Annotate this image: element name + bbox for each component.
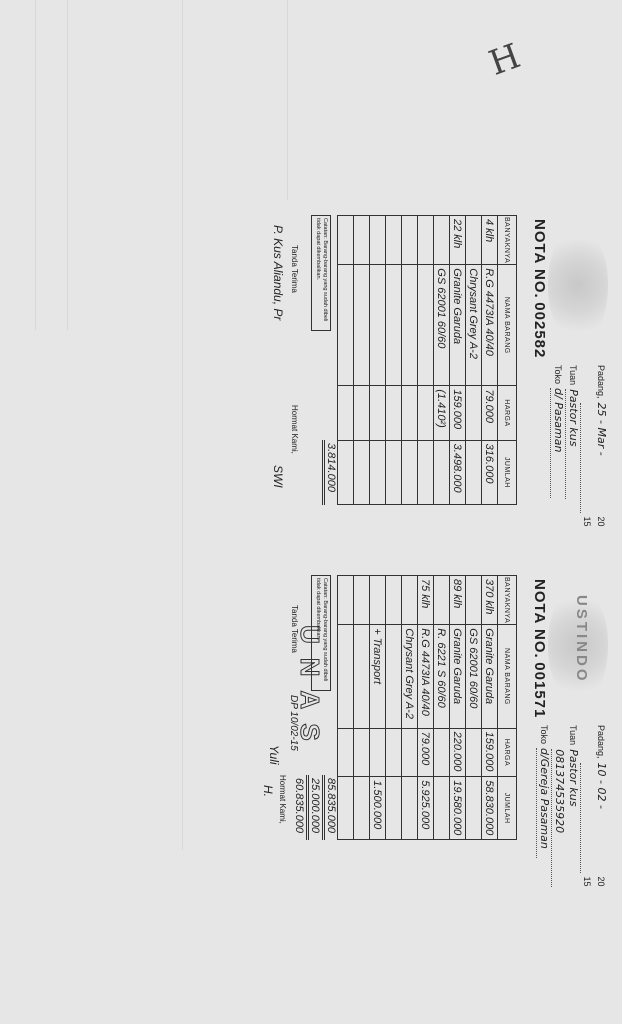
receipt-footer: 3.814.000 Catatan: Barang-barang yang su… <box>267 215 337 505</box>
receiver-label: Tanda Terima <box>290 605 299 653</box>
table-row: Chrysant Grey A-2 <box>402 576 418 840</box>
nota-label: NOTA NO. <box>531 219 548 299</box>
column-header: BANYAKNYA <box>498 216 517 265</box>
item-cell: GS 62001 60/60 <box>434 265 450 386</box>
item-cell: + Transport <box>370 625 386 728</box>
table-row: 370 klhGranite Garuda159.00058.830.000 <box>482 576 498 840</box>
table-row: Chrysant Grey A-2 <box>466 216 482 505</box>
table-row <box>354 576 370 840</box>
column-header: NAMA BARANG <box>498 625 517 728</box>
year-value: 20 15 <box>580 877 608 887</box>
amount-cell: 1.500.000 <box>370 777 386 840</box>
column-header: NAMA BARANG <box>498 265 517 386</box>
qty-cell: 75 klh <box>418 576 434 625</box>
seller-initials: SWI <box>271 465 285 488</box>
price-cell: 159.000 <box>482 728 498 777</box>
qty-cell <box>370 576 386 625</box>
column-header: JUMLAH <box>498 777 517 840</box>
price-cell: 220.000 <box>450 728 466 777</box>
price-cell <box>466 728 482 777</box>
return-policy-note: Catatan: Barang-barang yang sudah dibeli… <box>311 215 331 331</box>
receipt-meta: Padang,10 - 02 -20 15 TuanPastor kus 081… <box>536 725 608 887</box>
price-cell <box>370 728 386 777</box>
amount-cell <box>434 440 450 504</box>
qty-cell <box>434 576 450 625</box>
store-stamp <box>548 225 608 345</box>
sender-label: Hormat Kami, <box>278 775 287 824</box>
item-cell: Chrysant Grey A-2 <box>466 265 482 386</box>
table-row: GS 62001 60/60 <box>466 576 482 840</box>
scan-artifact <box>182 0 183 850</box>
down-payment-amount: 25.000.000 <box>306 775 321 840</box>
qty-cell: 370 klh <box>482 576 498 625</box>
qty-cell: 89 klh <box>450 576 466 625</box>
item-cell: R. 6221 S 60/60 <box>434 625 450 728</box>
receipt-meta: Padang,25 - Mar -20 15 TuanPastor kus To… <box>550 365 608 527</box>
total-amount: 85.835.000 <box>322 775 337 840</box>
date-label: Padang, <box>580 365 608 399</box>
table-row <box>418 216 434 505</box>
receipt-002582: Padang,25 - Mar -20 15 TuanPastor kus To… <box>212 215 612 505</box>
item-cell: Chrysant Grey A-2 <box>402 625 418 728</box>
table-row: 22 klhGranite Garuda159.0003.498.000 <box>450 216 466 505</box>
customer-label: Tuan <box>565 365 580 385</box>
price-cell: 159.000 <box>450 386 466 440</box>
table-row <box>338 216 354 505</box>
customer-value: Pastor kus <box>565 389 580 499</box>
price-cell <box>402 728 418 777</box>
item-cell: Granite Garuda <box>450 625 466 728</box>
nota-value: 001571 <box>531 662 548 718</box>
receipt-footer: UNAS 85.835.000 25.000.000 60.835.000 Ca… <box>267 575 337 840</box>
price-cell: 79.000 <box>418 728 434 777</box>
year-value: 20 15 <box>580 517 608 527</box>
item-cell: GS 62001 60/60 <box>466 625 482 728</box>
items-table: BANYAKNYA NAMA BARANG HARGA JUMLAH 370 k… <box>337 575 517 840</box>
nota-number: NOTA NO. 002582 <box>531 219 548 358</box>
table-row <box>338 576 354 840</box>
amount-cell: 58.830.000 <box>482 777 498 840</box>
item-cell: R.G 4473IA 40/40 <box>418 625 434 728</box>
date-value: 25 - Mar - <box>580 403 608 513</box>
qty-cell <box>466 576 482 625</box>
corner-mark: H <box>484 36 526 84</box>
table-row: 4 klhR.G 4473IA 40/4079.000316.000 <box>482 216 498 505</box>
sender-label: Hormat Kami, <box>290 405 299 454</box>
amount-cell: 3.498.000 <box>450 440 466 504</box>
qty-cell: 22 klh <box>450 216 466 265</box>
amount-cell: 19.580.000 <box>450 777 466 840</box>
seller-initials: H. <box>261 785 275 797</box>
store-value: d/ Pasaman <box>550 388 565 498</box>
receiver-signature: Yuli <box>267 745 281 765</box>
total-amount: 3.814.000 <box>322 440 337 505</box>
store-stamp-text: USTINDO <box>573 595 590 684</box>
price-cell: 79.000 <box>482 386 498 440</box>
scan-artifact <box>67 0 68 330</box>
scan-artifact <box>287 0 288 200</box>
table-row: 75 klhR.G 4473IA 40/4079.0005.925.000 <box>418 576 434 840</box>
item-cell: R.G 4473IA 40/40 <box>482 265 498 386</box>
table-row <box>386 576 402 840</box>
receipt-001571: USTINDO Padang,10 - 02 -20 15 TuanPastor… <box>212 575 612 840</box>
column-header: JUMLAH <box>498 440 517 504</box>
item-cell: Granite Garuda <box>482 625 498 728</box>
amount-cell <box>434 777 450 840</box>
column-header: HARGA <box>498 386 517 440</box>
price-cell <box>466 386 482 440</box>
nota-label: NOTA NO. <box>531 579 548 659</box>
table-row: GS 62001 60/60(1.410²) <box>434 216 450 505</box>
store-label: Toko <box>550 365 565 384</box>
table-row: 89 klhGranite Garuda220.00019.580.000 <box>450 576 466 840</box>
scan-artifact <box>35 0 36 330</box>
table-row <box>354 216 370 505</box>
amount-cell: 316.000 <box>482 440 498 504</box>
nota-value: 002582 <box>531 302 548 358</box>
table-row <box>370 216 386 505</box>
date-label: Padang, <box>580 725 608 759</box>
dp-note: DP 10/02-15 <box>288 695 299 751</box>
table-row <box>386 216 402 505</box>
return-policy-note: Catatan: Barang-barang yang sudah dibeli… <box>311 575 331 691</box>
qty-cell: 4 klh <box>482 216 498 265</box>
amount-cell <box>466 440 482 504</box>
customer-label: Tuan <box>551 725 580 745</box>
price-cell: (1.410²) <box>434 386 450 440</box>
customer-value: Pastor kus 081374535920 <box>551 749 580 886</box>
receipt-header: USTINDO Padang,10 - 02 -20 15 TuanPastor… <box>517 575 612 840</box>
table-row <box>402 216 418 505</box>
item-cell: Granite Garuda <box>450 265 466 386</box>
column-header: BANYAKNYA <box>498 576 517 625</box>
store-value: d/Gereja Pasaman <box>536 748 551 858</box>
date-value: 10 - 02 - <box>580 763 608 873</box>
column-header: HARGA <box>498 728 517 777</box>
amount-cell: 5.925.000 <box>418 777 434 840</box>
qty-cell <box>466 216 482 265</box>
price-cell <box>434 728 450 777</box>
receiver-signature: P. Kus Aliandu, Pr <box>271 225 285 320</box>
table-row: + Transport1.500.000 <box>370 576 386 840</box>
store-label: Toko <box>536 725 551 744</box>
amount-cell <box>402 777 418 840</box>
qty-cell <box>402 576 418 625</box>
items-table: BANYAKNYA NAMA BARANG HARGA JUMLAH 4 klh… <box>337 215 517 505</box>
amount-cell <box>466 777 482 840</box>
nota-number: NOTA NO. 001571 <box>531 579 548 718</box>
balance-amount: 60.835.000 <box>293 775 305 840</box>
table-row: R. 6221 S 60/60 <box>434 576 450 840</box>
receipt-header: Padang,25 - Mar -20 15 TuanPastor kus To… <box>517 215 612 505</box>
qty-cell <box>434 216 450 265</box>
receiver-label: Tanda Terima <box>290 245 299 293</box>
